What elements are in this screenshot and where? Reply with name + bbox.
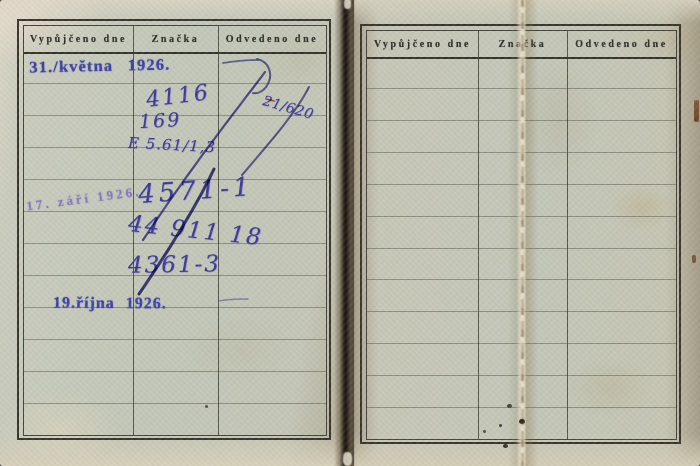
ink-stain-spot <box>499 424 502 427</box>
table-row <box>24 340 326 372</box>
table-row <box>24 52 326 84</box>
table-row <box>367 312 676 344</box>
table-row <box>367 344 676 376</box>
table-row <box>367 121 676 153</box>
column-header-returned-left: Odvedeno dne <box>218 26 326 52</box>
column-header-mark-left: Značka <box>133 26 218 52</box>
table-row <box>367 217 676 249</box>
table-row <box>24 404 326 435</box>
scanned-loan-card-spread: Vypůjčeno dne Značka Odvedeno dne Vypůjč… <box>0 0 700 466</box>
table-row <box>24 84 326 116</box>
ink-stain-spot <box>205 405 208 408</box>
table-row <box>367 376 676 408</box>
column-divider-left-1 <box>133 26 134 435</box>
table-row <box>367 280 676 312</box>
ink-stain-spot <box>519 419 525 424</box>
table-row <box>24 244 326 276</box>
column-divider-right-2 <box>567 31 568 439</box>
column-divider-right-1 <box>478 31 479 439</box>
column-header-borrowed-left: Vypůjčeno dne <box>24 26 133 52</box>
ink-stain-spot <box>503 444 508 448</box>
table-row <box>367 57 676 89</box>
column-header-returned-right: Odvedeno dne <box>567 31 676 57</box>
table-row <box>24 180 326 212</box>
book-gutter-fold <box>334 0 356 466</box>
table-row <box>367 153 676 185</box>
column-header-mark-right: Značka <box>478 31 567 57</box>
table-row <box>24 148 326 180</box>
table-row <box>24 116 326 148</box>
loan-table-right: Vypůjčeno dne Značka Odvedeno dne <box>360 24 681 444</box>
paper-fray-bottom <box>343 452 352 466</box>
column-divider-left-2 <box>218 26 219 435</box>
loan-table-left: Vypůjčeno dne Značka Odvedeno dne <box>17 19 331 440</box>
table-row <box>367 249 676 281</box>
table-row <box>367 185 676 217</box>
table-header-row-left: Vypůjčeno dne Značka Odvedeno dne <box>24 26 326 54</box>
ink-stain-spot <box>507 404 512 408</box>
loan-table-right-inner: Vypůjčeno dne Značka Odvedeno dne <box>366 30 677 440</box>
ink-stain-spot <box>483 430 486 433</box>
table-row <box>24 276 326 308</box>
table-row <box>24 372 326 404</box>
table-row <box>24 212 326 244</box>
paper-fray-top <box>344 0 351 9</box>
table-row <box>24 308 326 340</box>
table-body-right <box>367 57 676 439</box>
loan-table-left-inner: Vypůjčeno dne Značka Odvedeno dne <box>23 25 327 436</box>
page-edge-stain <box>692 255 696 263</box>
column-header-borrowed-right: Vypůjčeno dne <box>367 31 478 57</box>
table-body-left <box>24 52 326 435</box>
table-header-row-right: Vypůjčeno dne Značka Odvedeno dne <box>367 31 676 59</box>
page-edge-stain <box>694 100 699 122</box>
table-row <box>367 89 676 121</box>
